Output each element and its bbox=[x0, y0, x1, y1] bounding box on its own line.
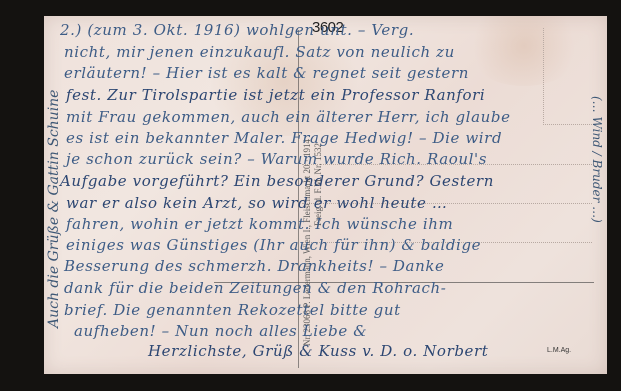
message-line: mit Frau gekommen, auch ein älterer Herr… bbox=[66, 108, 511, 126]
message-line: fest. Zur Tirolspartie ist jetzt ein Pro… bbox=[66, 86, 485, 104]
message-line: erläutern! – Hier ist es kalt & regnet s… bbox=[64, 64, 469, 82]
message-line: war er also kein Arzt, so wird er wohl h… bbox=[66, 194, 448, 212]
message-line: fahren, wohin er jetzt kommt. Ich wünsch… bbox=[66, 215, 453, 233]
message-line: Herzlichste, Grüß & Kuss v. D. o. Norber… bbox=[148, 342, 488, 360]
message-line: 2.) (zum 3. Okt. 1916) wohlgen unt. – Ve… bbox=[60, 21, 414, 39]
postcard: 3602 Nr. 23068 P. Ledermann, Wien I., Fl… bbox=[44, 16, 607, 374]
trademark: L.M.Ag. bbox=[547, 347, 571, 354]
message-line: brief. Die genannten Rekozettel bitte gu… bbox=[64, 301, 401, 319]
left-margin-note: Auch die Grüße & Gattin Schuine bbox=[46, 90, 62, 328]
handwritten-message: 2.) (zum 3. Okt. 1916) wohlgen unt. – Ve… bbox=[44, 16, 607, 374]
message-line: nicht, mir jenen einzukaufl. Satz von ne… bbox=[64, 43, 455, 61]
right-margin-note: (… Wind / Bruder …) bbox=[590, 96, 604, 223]
message-line: es ist ein bekannter Maler. Frage Hedwig… bbox=[66, 129, 502, 147]
message-line: dank für die beiden Zeitungen & den Rohr… bbox=[64, 279, 446, 297]
message-line: aufheben! – Nun noch alles Liebe & bbox=[74, 322, 367, 340]
message-line: Aufgabe vorgeführt? Ein besonderer Grund… bbox=[60, 172, 494, 190]
message-line: Besserung des schmerzh. Drankheits! – Da… bbox=[64, 257, 445, 275]
message-line: einiges was Günstiges (Ihr auch für ihn)… bbox=[66, 236, 481, 254]
message-line: je schon zurück sein? – Warum wurde Rich… bbox=[66, 150, 487, 168]
